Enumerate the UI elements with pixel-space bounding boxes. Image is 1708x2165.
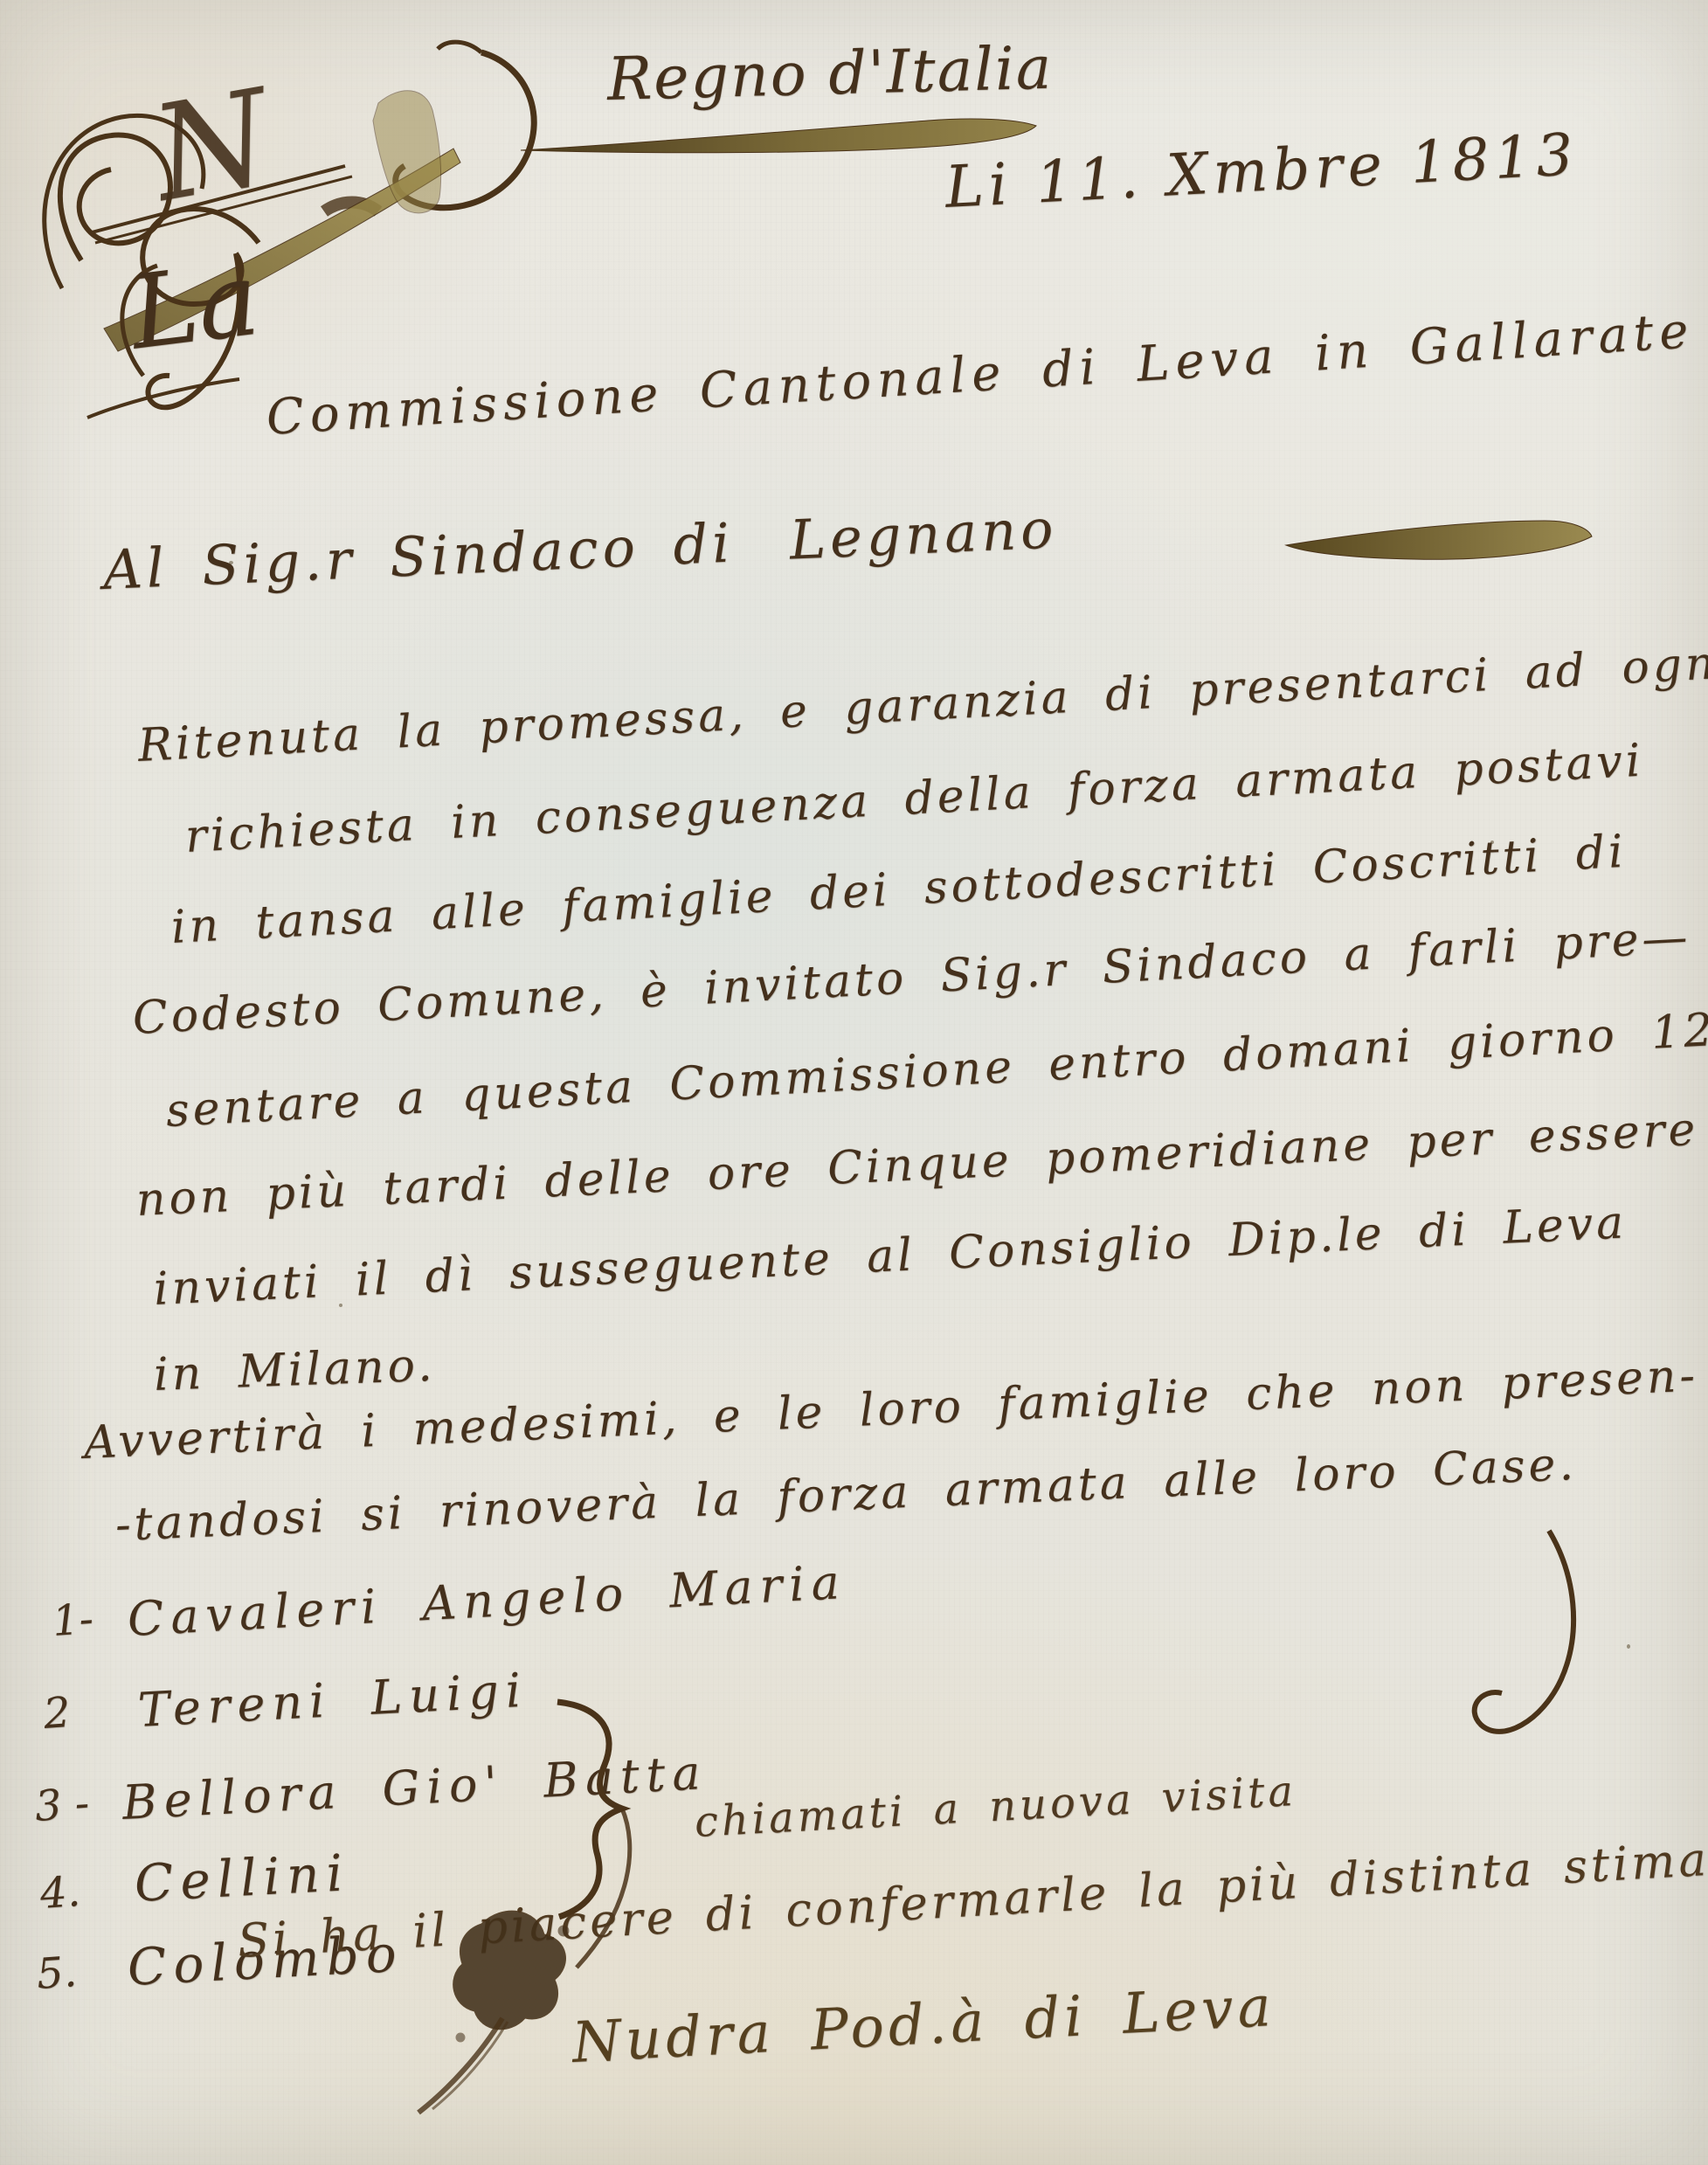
conscript-number: 5. <box>35 1947 79 1999</box>
conscript-name: Cellini <box>133 1843 350 1913</box>
manuscript-letter-page: N Regno d'Italia Li 11. Xmbre 1813 La Co… <box>0 0 1708 2165</box>
paper-speck <box>1490 840 1494 844</box>
paper-speck <box>229 561 233 564</box>
sender-article: La <box>124 240 266 373</box>
kingdom-heading: Regno d'Italia <box>606 34 1054 114</box>
case-descender-flourish-icon <box>1411 1518 1594 1754</box>
paper-speck <box>1627 1644 1630 1649</box>
conscript-number: 4. <box>38 1867 82 1919</box>
ink-blot-icon <box>398 1878 625 2123</box>
conscript-number: 1- <box>51 1594 95 1646</box>
recipient-prefix: Al Sig.r Sindaco di <box>101 511 735 602</box>
conscript-number: 2 <box>42 1688 72 1739</box>
conscript-number: 3 - <box>33 1779 91 1831</box>
conscript-name: Cavaleri Angelo Maria <box>126 1554 847 1647</box>
paper-speck <box>1303 1059 1308 1063</box>
body-line: in Milano. <box>153 1339 436 1401</box>
recipient-place: Legnano <box>788 496 1059 571</box>
conscript-name: Tereni Luigi <box>136 1663 529 1738</box>
recipient-line: Al Sig.r Sindaco diLegnano <box>101 496 1058 602</box>
heading-underline-flourish-icon <box>517 110 1041 159</box>
paper-speck <box>339 1304 342 1307</box>
signature-line: Nudra Pod.à di Leva <box>570 1975 1276 2076</box>
visit-annotation: chiamati a nuova visita <box>694 1767 1298 1847</box>
recipient-blank-gap <box>735 559 791 562</box>
recipient-dash-flourish-icon <box>1283 510 1597 573</box>
